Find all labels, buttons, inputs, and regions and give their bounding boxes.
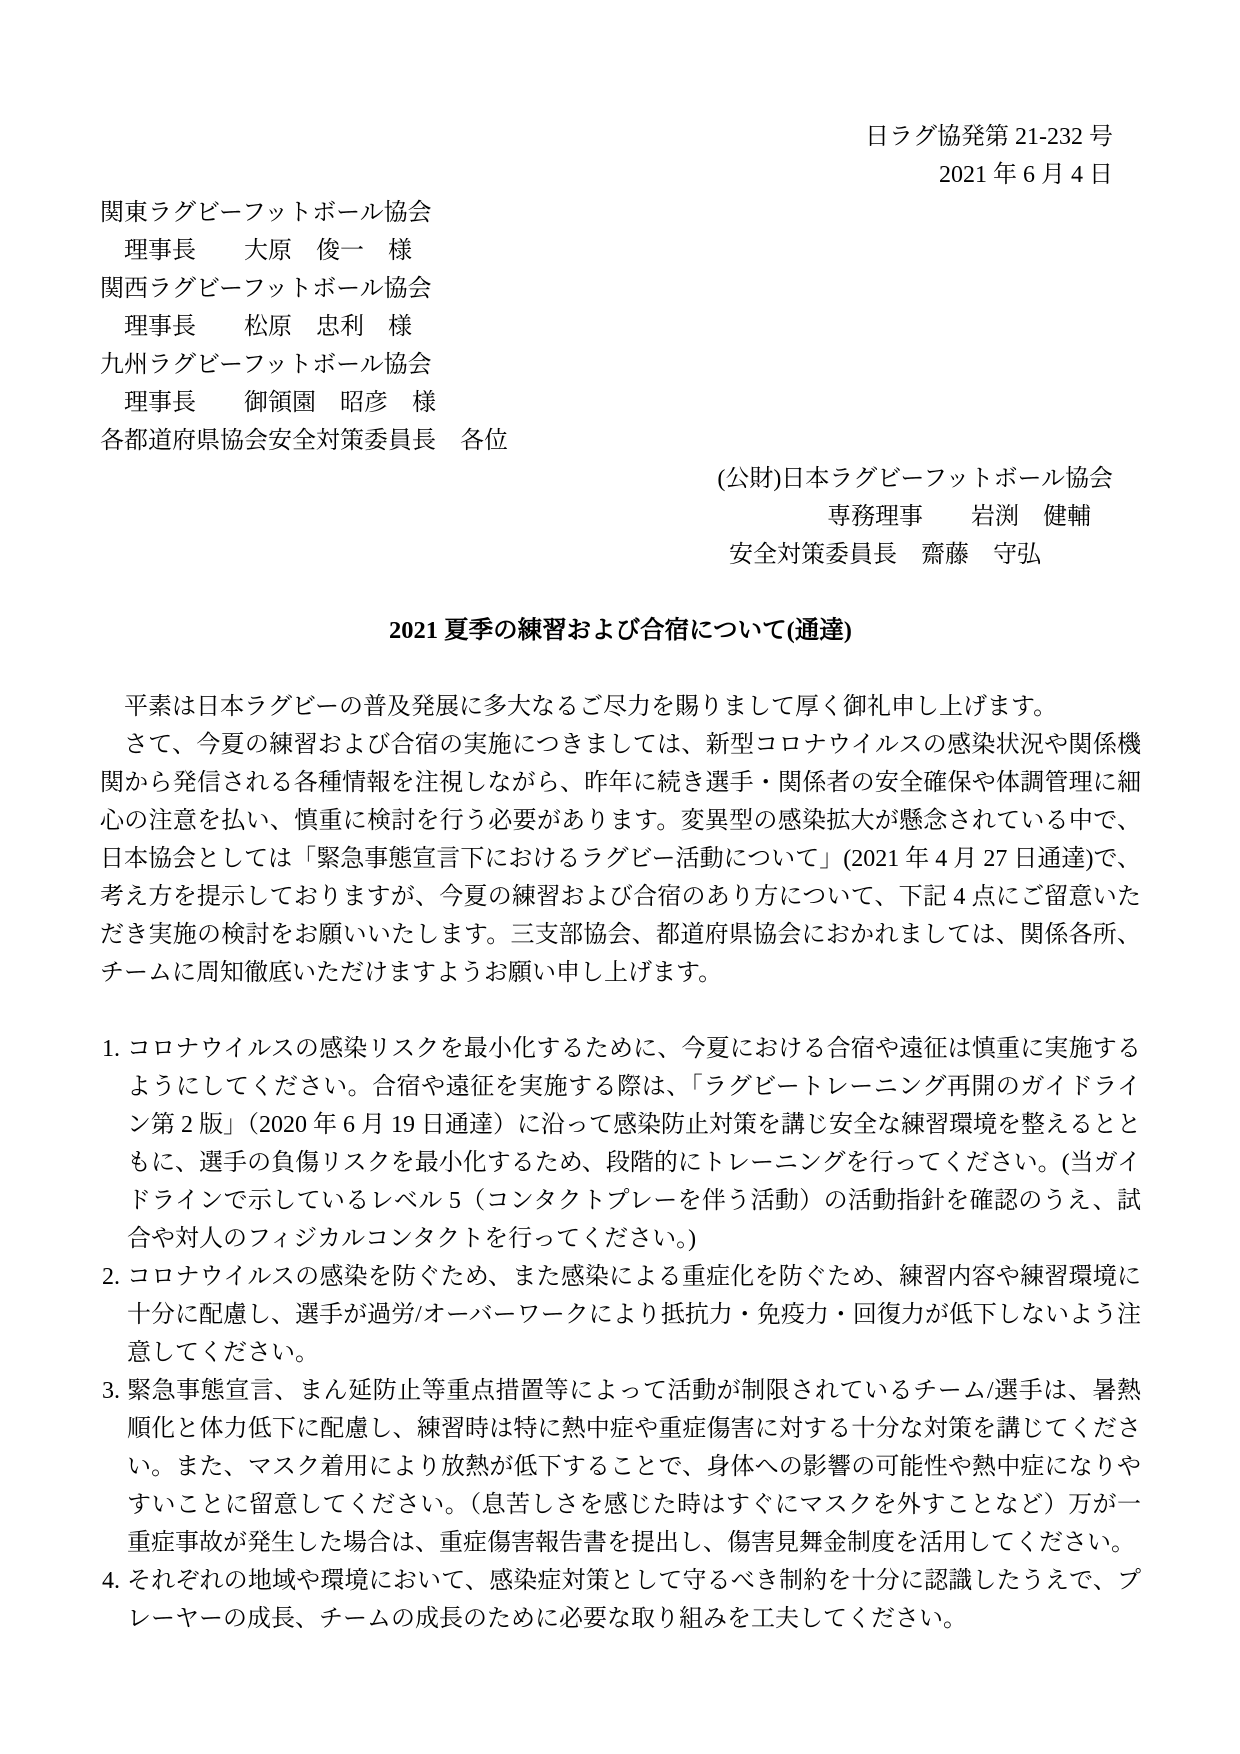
doc-number: 日ラグ協発第 21-232 号	[100, 118, 1141, 156]
sender-block: (公財)日本ラグビーフットボール協会 専務理事 岩渕 健輔 安全対策委員長 齋藤…	[100, 460, 1141, 574]
recipient-line: 九州ラグビーフットボール協会	[100, 346, 1141, 384]
list-item-text: コロナウイルスの感染を防ぐため、また感染による重症化を防ぐため、練習内容や練習環…	[127, 1258, 1141, 1372]
document-page: 日ラグ協発第 21-232 号 2021 年 6 月 4 日 関東ラグビーフット…	[0, 0, 1240, 1754]
list-item-text: コロナウイルスの感染リスクを最小化するために、今夏における合宿や遠征は慎重に実施…	[127, 1030, 1141, 1258]
recipient-line: 理事長 御領園 昭彦 様	[100, 384, 1141, 422]
list-item: 2. コロナウイルスの感染を防ぐため、また感染による重症化を防ぐため、練習内容や…	[100, 1258, 1141, 1372]
sender-executive-director: 専務理事 岩渕 健輔	[100, 498, 1141, 536]
sender-organization: (公財)日本ラグビーフットボール協会	[100, 460, 1141, 498]
list-item: 1. コロナウイルスの感染リスクを最小化するために、今夏における合宿や遠征は慎重…	[100, 1030, 1141, 1258]
numbered-list: 1. コロナウイルスの感染リスクを最小化するために、今夏における合宿や遠征は慎重…	[100, 1030, 1141, 1638]
list-item-number: 3.	[102, 1372, 120, 1410]
body-text: 平素は日本ラグビーの普及発展に多大なるご尽力を賜りまして厚く御礼申し上げます。 …	[100, 688, 1141, 992]
paragraph-greeting: 平素は日本ラグビーの普及発展に多大なるご尽力を賜りまして厚く御礼申し上げます。	[100, 688, 1141, 726]
list-item-text: 緊急事態宣言、まん延防止等重点措置等によって活動が制限されているチーム/選手は、…	[127, 1372, 1141, 1562]
recipient-line: 理事長 大原 俊一 様	[100, 232, 1141, 270]
recipient-block: 関東ラグビーフットボール協会 理事長 大原 俊一 様 関西ラグビーフットボール協…	[100, 194, 1141, 460]
list-item-number: 1.	[102, 1030, 120, 1068]
list-item-number: 4.	[102, 1562, 120, 1600]
paragraph-main: さて、今夏の練習および合宿の実施につきましては、新型コロナウイルスの感染状況や関…	[100, 726, 1141, 992]
document-title: 2021 夏季の練習および合宿について(通達)	[100, 612, 1141, 650]
sender-safety-chair: 安全対策委員長 齋藤 守弘	[100, 536, 1141, 574]
list-item: 3. 緊急事態宣言、まん延防止等重点措置等によって活動が制限されているチーム/選…	[100, 1372, 1141, 1562]
recipient-line: 関西ラグビーフットボール協会	[100, 270, 1141, 308]
list-item-text: それぞれの地域や環境において、感染症対策として守るべき制約を十分に認識したうえで…	[127, 1562, 1141, 1638]
list-item: 4. それぞれの地域や環境において、感染症対策として守るべき制約を十分に認識した…	[100, 1562, 1141, 1638]
recipient-line: 関東ラグビーフットボール協会	[100, 194, 1141, 232]
recipient-line: 各都道府県協会安全対策委員長 各位	[100, 422, 1141, 460]
recipient-line: 理事長 松原 忠利 様	[100, 308, 1141, 346]
list-item-number: 2.	[102, 1258, 120, 1296]
doc-date: 2021 年 6 月 4 日	[100, 156, 1141, 194]
doc-meta: 日ラグ協発第 21-232 号 2021 年 6 月 4 日	[100, 118, 1141, 194]
